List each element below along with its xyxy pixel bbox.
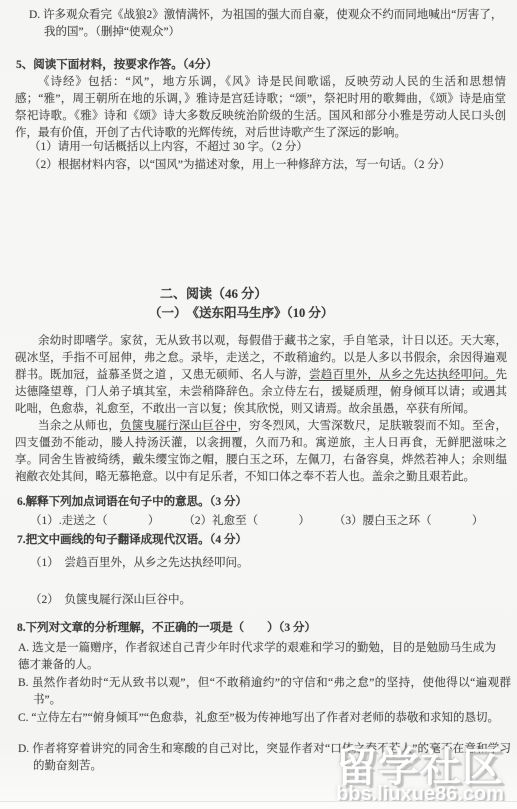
option-text: 选文是一篇赠序，作者叙述自己青少年时代求学的艰难和学习的勤勉，目的是勉励马生成为… bbox=[18, 642, 496, 671]
question8-option-d: D. 作者将穿着讲究的同舍生和寒酸的自己对比，突显作者对“口体之奉不若人”的毫不… bbox=[18, 741, 511, 775]
option-text: 作者将穿着讲究的同舍生和寒酸的自己对比，突显作者对“口体之奉不若人”的毫不在意和… bbox=[32, 743, 511, 772]
question8-option-b: B. 虽然作者幼时“无从致书以观”，但“不敢稍逾约”的守信和“弗之怠”的坚持，使… bbox=[18, 675, 511, 709]
question5-material: 《诗经》包括：“风”，地方乐调，《风》诗是民间歌谣，反映劳动人民的生活和思想情感… bbox=[15, 74, 506, 142]
question7-item-2: （2） 负箧曳屣行深山巨谷中。 bbox=[30, 592, 191, 609]
passage-paragraph-2: 当余之从师也，负箧曳屣行深山巨谷中，穷冬烈风，大雪深数尺，足肤皲裂而不知。至舍，… bbox=[15, 418, 507, 486]
option-text: “立侍左右”“俯身倾耳”“色愈恭，礼愈至”极为传神地写出了作者对老师的恭敬和求知… bbox=[31, 712, 499, 724]
question6-heading: 6.解释下列加点词语在句子中的意思。（3 分） bbox=[17, 494, 247, 511]
exam-paper-page: D. 许多观众看完《战狼2》激情满怀，为祖国的强大而自豪，使观众不约而同地喊出“… bbox=[0, 0, 517, 809]
question7-item-1: （1） 尝趋百里外，从乡之先达执经叩问。 bbox=[30, 555, 249, 572]
passage-paragraph-1: 余幼时即嗜学。家贫，无从致书以观，每假借于藏书之家，手自笔录，计日以还。天大寒，… bbox=[15, 333, 507, 418]
question8-option-c: C. “立侍左右”“俯身倾耳”“色愈恭，礼愈至”极为传神地写出了作者对老师的恭敬… bbox=[18, 710, 511, 727]
question7-heading: 7.把文中画线的句子翻译成现代汉语。（4 分） bbox=[17, 532, 247, 549]
question8-option-a: A. 选文是一篇赠序，作者叙述自己青少年时代求学的艰难和学习的勤勉，目的是勉励马… bbox=[18, 640, 496, 674]
dotted-term: 走送之 bbox=[62, 515, 97, 527]
option-label: D. bbox=[29, 9, 40, 21]
item-prefix: （2） bbox=[183, 515, 212, 527]
answer-blank: （ ） bbox=[96, 515, 159, 527]
answer-blank: （ ） bbox=[420, 515, 483, 527]
dotted-term: 腰白玉之环 bbox=[363, 515, 421, 527]
dotted-term: 礼愈至 bbox=[212, 515, 247, 527]
scan-edge-strip bbox=[0, 801, 517, 809]
underlined-sentence-2: 负箧曳屣行深山巨谷中 bbox=[120, 420, 237, 432]
item-prefix: （3） bbox=[334, 515, 363, 527]
question8-heading: 8.下列对文章的分析理解，不正确的一项是（ ）（3 分） bbox=[17, 620, 316, 637]
option-label: B. bbox=[18, 677, 29, 689]
question6-items: （1）.走送之（ ） （2）礼愈至（ ） （3）腰白玉之环（ ） bbox=[30, 513, 507, 530]
paragraph2-text: 当余之从师也， bbox=[38, 420, 120, 432]
option-text: 虽然作者幼时“无从致书以观”，但“不敢稍逾约”的守信和“弗之怠”的坚持，使他得以… bbox=[32, 677, 511, 706]
question6-item-2: （2）礼愈至（ ） bbox=[183, 513, 310, 530]
answer-blank: （ ） bbox=[247, 515, 310, 527]
question5-heading: 5、阅读下面材料，按要求作答。（4分） bbox=[16, 57, 217, 74]
section-two-heading: 二、阅读（46 分） bbox=[160, 285, 267, 302]
option-label: A. bbox=[18, 642, 29, 654]
question5-sub2: （2）根据材料内容，以“国风”为描述对象，用上一种修辞方法，写一句话。（2 分） bbox=[29, 157, 450, 174]
previous-question-option-d: D. 许多观众看完《战狼2》激情满怀，为祖国的强大而自豪，使观众不约而同地喊出“… bbox=[29, 7, 509, 41]
option-label: C. bbox=[18, 712, 29, 724]
section-two-subheading: （一） 《送东阳马生序》（10 分） bbox=[149, 305, 333, 322]
question6-item-1: （1）.走送之（ ） bbox=[30, 513, 159, 530]
option-text: 许多观众看完《战狼2》激情满怀，为祖国的强大而自豪，使观众不约而同地喊出“厉害了… bbox=[43, 9, 502, 38]
underlined-sentence-1: 尝趋百里外，从乡之先达执经叩问。 bbox=[309, 369, 495, 381]
question6-item-3: （3）腰白玉之环（ ） bbox=[334, 513, 484, 530]
option-label: D. bbox=[18, 743, 29, 755]
reading-passage: 余幼时即嗜学。家贫，无从致书以观，每假借于藏书之家，手自笔录，计日以还。天大寒，… bbox=[15, 333, 507, 486]
question5-sub1: （1）请用一句话概括以上内容，不超过 30 字。（2 分） bbox=[29, 139, 308, 156]
item-prefix: （1）. bbox=[30, 515, 62, 527]
